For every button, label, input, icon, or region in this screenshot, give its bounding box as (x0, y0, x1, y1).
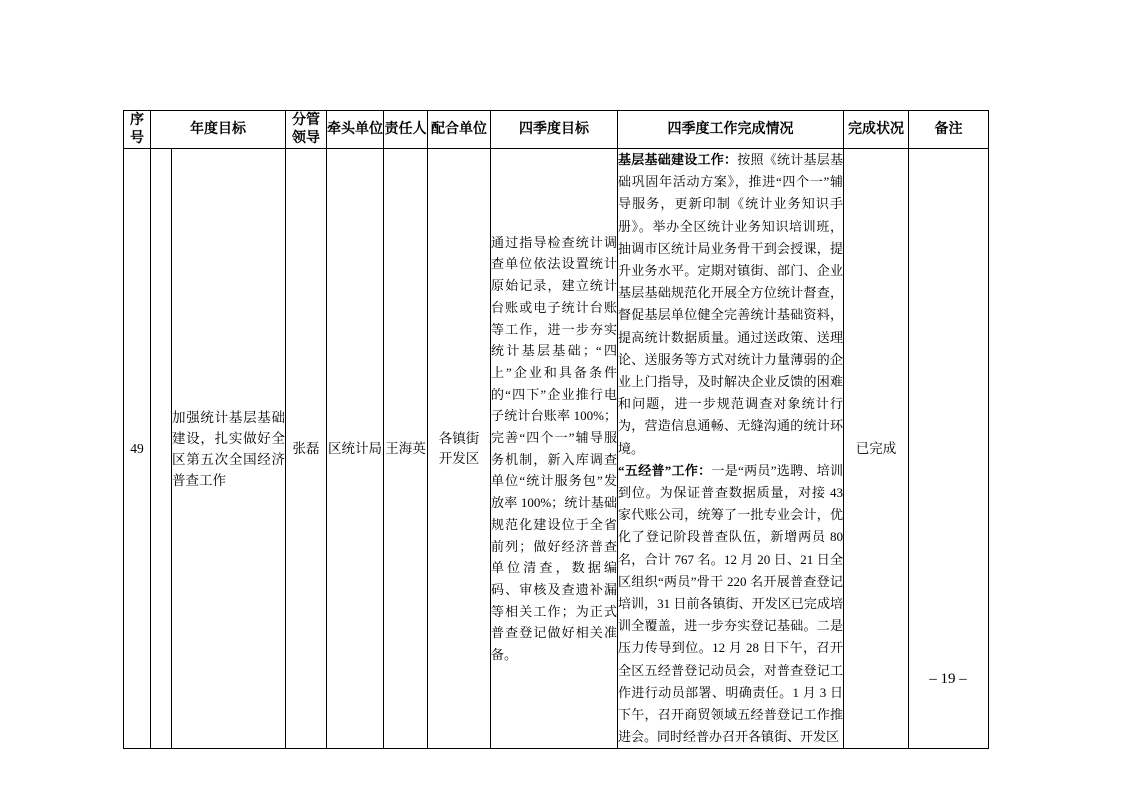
cell-leader: 张磊 (286, 149, 327, 749)
cell-annual-goal: 加强统计基层基础建设，扎实做好全区第五次全国经济普查工作 (172, 149, 286, 749)
work-report-table: 序号 年度目标 分管领导 牵头单位 责任人 配合单位 四季度目标 四季度工作完成… (123, 110, 989, 749)
cell-q4-goal: 通过指导检查统计调查单位依法设置统计原始记录，建立统计台账或电子统计台账等工作，… (491, 149, 618, 749)
header-remark: 备注 (909, 111, 989, 149)
completion-text-basic-work: 按照《统计基层基础巩固年活动方案》，推进“四个一”辅导服务，更新印制《统计业务知… (618, 152, 843, 456)
cell-annual-goal-spacer (151, 149, 172, 749)
cell-seq: 49 (124, 149, 151, 749)
cell-q4-completion: 基层基础建设工作：按照《统计基层基础巩固年活动方案》，推进“四个一”辅导服务，更… (618, 149, 844, 749)
cell-lead-unit: 区统计局 (327, 149, 384, 749)
header-q4-completion: 四季度工作完成情况 (618, 111, 844, 149)
cell-remark (909, 149, 989, 749)
header-lead-unit: 牵头单位 (327, 111, 384, 149)
cell-status: 已完成 (844, 149, 909, 749)
completion-heading-basic-work: 基层基础建设工作： (618, 152, 737, 167)
document-page: 序号 年度目标 分管领导 牵头单位 责任人 配合单位 四季度目标 四季度工作完成… (0, 0, 1122, 793)
page-number: – 19 – (908, 671, 988, 688)
header-seq: 序号 (124, 111, 151, 149)
cell-responsible: 王海英 (384, 149, 428, 749)
table-row: 49 加强统计基层基础建设，扎实做好全区第五次全国经济普查工作 张磊 区统计局 … (124, 149, 989, 749)
cell-partner-unit: 各镇街 开发区 (428, 149, 491, 749)
header-q4-goal: 四季度目标 (491, 111, 618, 149)
header-partner-unit: 配合单位 (428, 111, 491, 149)
completion-text-census: 一是“两员”选聘、培训到位。为保证普查数据质量，对接 43 家代账公司，统筹了一… (618, 463, 843, 744)
completion-paragraph-census: “五经普”工作：一是“两员”选聘、培训到位。为保证普查数据质量，对接 43 家代… (618, 460, 843, 749)
table-header-row: 序号 年度目标 分管领导 牵头单位 责任人 配合单位 四季度目标 四季度工作完成… (124, 111, 989, 149)
completion-heading-census: “五经普”工作： (618, 463, 711, 478)
completion-paragraph-basic-work: 基层基础建设工作：按照《统计基层基础巩固年活动方案》，推进“四个一”辅导服务，更… (618, 149, 843, 460)
header-responsible: 责任人 (384, 111, 428, 149)
header-annual-goal: 年度目标 (151, 111, 286, 149)
header-status: 完成状况 (844, 111, 909, 149)
header-leader: 分管领导 (286, 111, 327, 149)
